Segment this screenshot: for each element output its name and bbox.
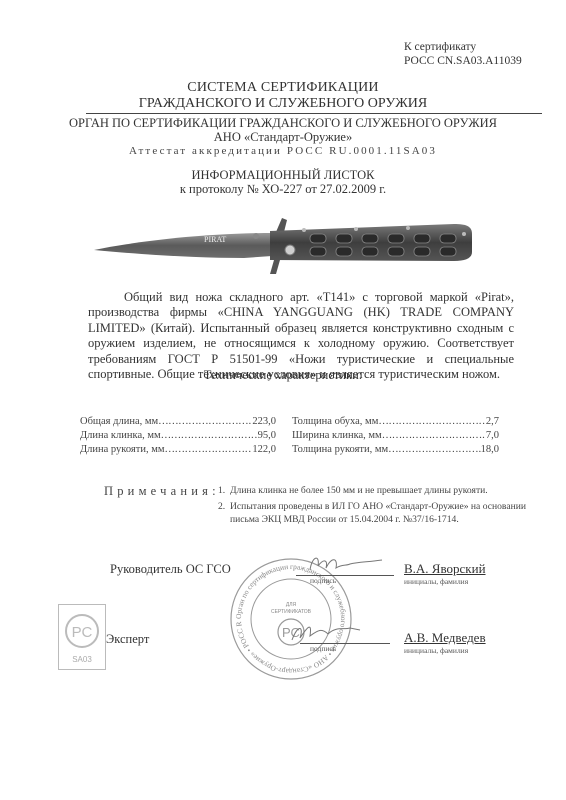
ref-line-2: РОСС CN.SA03.A11039 <box>404 54 522 68</box>
spec-value: 18,0 <box>481 443 499 457</box>
note-item: 2. Испытания проведены в ИЛ ГО АНО «Стан… <box>218 500 538 526</box>
header-divider <box>86 113 542 114</box>
note-number: 1. <box>218 484 230 497</box>
signatory-name-expert: А.В. Медведев <box>404 630 486 646</box>
stamp-center-line-1: ДЛЯ <box>286 602 297 608</box>
spec-label: Ширина клинка, мм <box>292 429 382 443</box>
accreditation-attestat: Аттестат аккредитации РОСС RU.0001.11SA0… <box>0 145 566 157</box>
info-sheet-title: ИНФОРМАЦИОННЫЙ ЛИСТОК <box>0 168 566 183</box>
spec-label: Длина клинка, мм <box>80 429 161 443</box>
spec-label: Толщина обуха, мм <box>292 415 378 429</box>
stamp-center-line-2: СЕРТИФИКАТОВ <box>271 609 312 615</box>
signatory-role-head: Руководитель ОС ГСО <box>110 562 231 577</box>
certification-logo: РС SA03 <box>58 604 106 670</box>
note-number: 2. <box>218 500 230 526</box>
pc-logo-icon: РС SA03 <box>59 605 105 669</box>
spec-row: Ширина клинка, мм7,0 <box>292 429 499 443</box>
knife-brand-text: PIRAT <box>204 235 226 244</box>
spec-row: Общая длина, мм223,0 <box>80 415 276 429</box>
spec-value: 95,0 <box>258 429 276 443</box>
note-text: Длина клинка не более 150 мм и не превыш… <box>230 484 488 497</box>
spec-row: Длина рукояти, мм122,0 <box>80 443 276 457</box>
organization-name: АНО «Стандарт-Оружие» <box>0 130 566 145</box>
signatory-name-head: В.А. Яворский <box>404 561 486 577</box>
signature-scribble-1 <box>306 552 386 576</box>
spec-label: Длина рукояти, мм <box>80 443 164 457</box>
protocol-reference: к протоколу № ХО-227 от 27.02.2009 г. <box>0 182 566 197</box>
svg-text:РС: РС <box>72 624 93 641</box>
certificate-reference: К сертификату РОСС CN.SA03.A11039 <box>404 40 522 68</box>
system-title-line-2: ГРАЖДАНСКОГО И СЛУЖЕБНОГО ОРУЖИЯ <box>0 96 566 112</box>
spec-label: Толщина рукояти, мм <box>292 443 388 457</box>
name-caption-1: инициалы, фамилия <box>404 577 468 586</box>
spec-value: 7,0 <box>486 429 499 443</box>
note-item: 1. Длина клинка не более 150 мм и не пре… <box>218 484 538 497</box>
spec-row: Толщина обуха, мм2,7 <box>292 415 499 429</box>
folding-knife-image: PIRAT <box>94 212 478 274</box>
specs-left-column: Общая длина, мм223,0 Длина клинка, мм95,… <box>80 415 276 457</box>
specs-title: Технические характеристики: <box>0 368 566 383</box>
notes-list: 1. Длина клинка не более 150 мм и не пре… <box>218 484 538 529</box>
signature-caption-2: подпись <box>310 644 336 653</box>
spec-value: 2,7 <box>486 415 499 429</box>
spec-value: 122,0 <box>252 443 276 457</box>
certification-organ: ОРГАН ПО СЕРТИФИКАЦИИ ГРАЖДАНСКОГО И СЛУ… <box>0 116 566 131</box>
spec-row: Толщина рукояти, мм18,0 <box>292 443 499 457</box>
note-text: Испытания проведены в ИЛ ГО АНО «Стандар… <box>230 500 538 526</box>
notes-title: Примечания: <box>104 484 220 499</box>
signature-caption-1: подпись <box>310 576 336 585</box>
specs-right-column: Толщина обуха, мм2,7 Ширина клинка, мм7,… <box>292 415 499 457</box>
signatory-role-expert: Эксперт <box>106 632 149 647</box>
spec-value: 223,0 <box>252 415 276 429</box>
signature-scribble-2 <box>288 620 368 644</box>
ref-line-1: К сертификату <box>404 40 522 54</box>
system-title-line-1: СИСТЕМА СЕРТИФИКАЦИИ <box>0 80 566 96</box>
logo-code: SA03 <box>72 655 92 664</box>
spec-label: Общая длина, мм <box>80 415 158 429</box>
name-caption-2: инициалы, фамилия <box>404 646 468 655</box>
spec-row: Длина клинка, мм95,0 <box>80 429 276 443</box>
knife-icon: PIRAT <box>94 212 478 274</box>
